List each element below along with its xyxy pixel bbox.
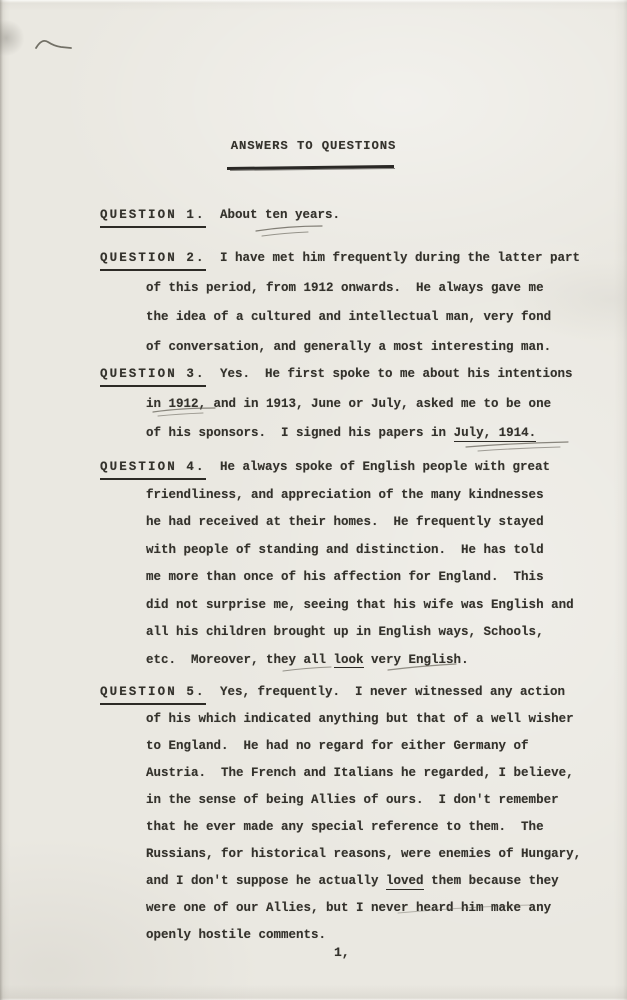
scanned-document-page: ANSWERS TO QUESTIONS QUESTION 1. About t… [0, 0, 627, 1000]
answer-line: that he ever made any special reference … [146, 819, 591, 846]
answer-line: Yes, frequently. I never witnessed any a… [146, 684, 591, 711]
answer-line: me more than once of his affection for E… [146, 569, 591, 597]
answer-line: I have met him frequently during the lat… [146, 250, 591, 280]
answer-line: did not surprise me, seeing that his wif… [146, 597, 591, 625]
answer-line: Yes. He first spoke to me about his inte… [146, 366, 591, 396]
answer-line: openly hostile comments. [146, 927, 591, 954]
underlined-text: loved [386, 874, 424, 890]
answer-line: all his children brought up in English w… [146, 624, 591, 652]
underlined-text: look [334, 653, 364, 669]
answer-line: to England. He had no regard for either … [146, 738, 591, 765]
answer-line: About ten years. [146, 207, 591, 237]
question-3-answer: Yes. He first spoke to me about his inte… [146, 366, 591, 455]
page-number: 1, [334, 944, 350, 961]
question-1-answer: About ten years. [146, 207, 591, 237]
answer-line: in the sense of being Allies of ours. I … [146, 792, 591, 819]
answer-text: them because they [424, 874, 559, 888]
answer-line: Russians, for historical reasons, were e… [146, 846, 591, 873]
answer-line: he had received at their homes. He frequ… [146, 514, 591, 542]
answer-text: etc. Moreover, they all [146, 653, 334, 667]
document-title: ANSWERS TO QUESTIONS [0, 138, 627, 155]
answer-text: of his sponsors. I signed his papers in [146, 426, 454, 440]
answer-line: and I don't suppose he actually loved th… [146, 873, 591, 900]
answer-line: the idea of a cultured and intellectual … [146, 309, 591, 339]
handwritten-mark [36, 41, 71, 48]
answer-line: etc. Moreover, they all look very Englis… [146, 652, 591, 680]
underlined-text: July, 1914. [454, 426, 537, 442]
answer-line: He always spoke of English people with g… [146, 459, 591, 487]
answer-line: of his which indicated anything but that… [146, 711, 591, 738]
answer-line: with people of standing and distinction.… [146, 542, 591, 570]
answer-text: very English. [364, 653, 469, 667]
answer-line: of conversation, and generally a most in… [146, 339, 591, 369]
answer-line: of this period, from 1912 onwards. He al… [146, 280, 591, 310]
answer-line: friendliness, and appreciation of the ma… [146, 487, 591, 515]
question-4-answer: He always spoke of English people with g… [146, 459, 591, 679]
title-underline [227, 165, 394, 170]
question-5-answer: Yes, frequently. I never witnessed any a… [146, 684, 591, 954]
answer-line: Austria. The French and Italians he rega… [146, 765, 591, 792]
answer-line: of his sponsors. I signed his papers in … [146, 425, 591, 455]
answer-line: in 1912, and in 1913, June or July, aske… [146, 396, 591, 426]
answer-text: and I don't suppose he actually [146, 874, 386, 888]
answer-line: were one of our Allies, but I never hear… [146, 900, 591, 927]
question-2-answer: I have met him frequently during the lat… [146, 250, 591, 368]
